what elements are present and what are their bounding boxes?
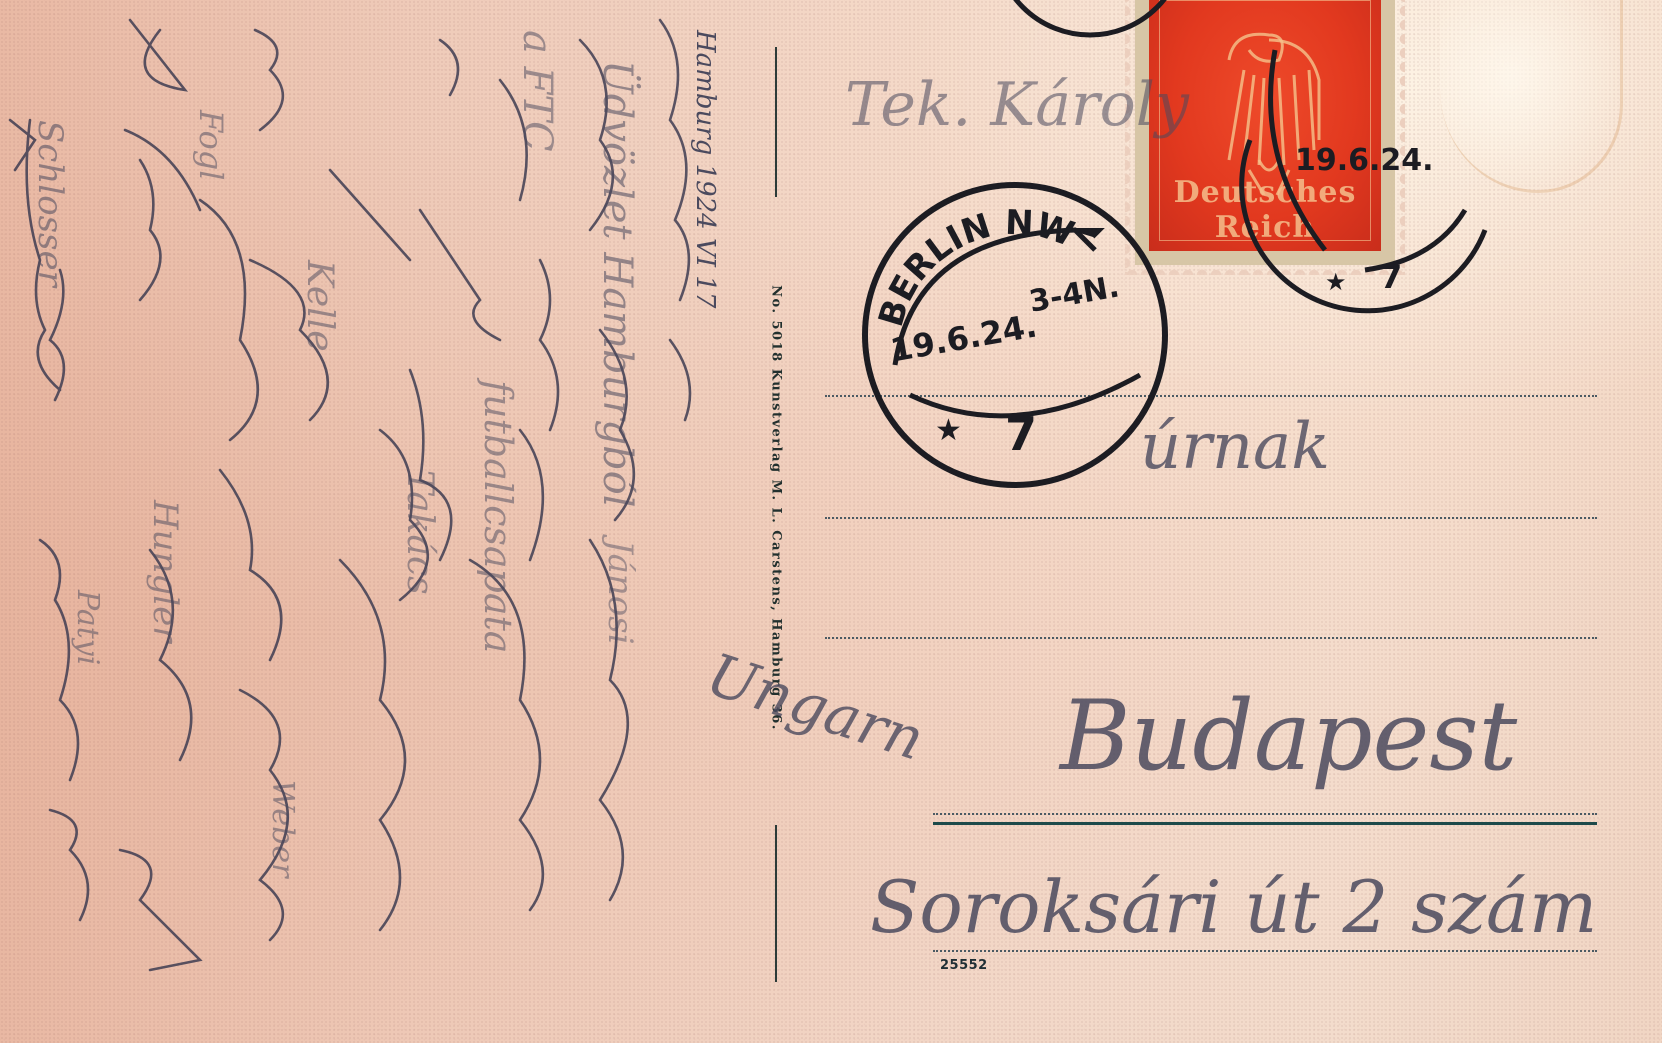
postmark-partial (980, 0, 1200, 40)
postmark-time: 3-4N. (1027, 269, 1122, 319)
divider-line-top (775, 47, 777, 197)
address-line-2: úrnak (1140, 410, 1330, 484)
signature: Hungler (145, 500, 185, 642)
address-honorific: Tek. Károly (845, 70, 1189, 140)
message-line: Üdvözlet Hamburgból (594, 60, 640, 508)
signature: Kelle (299, 260, 340, 352)
signature: Patyi (70, 590, 105, 665)
address-dotted-line (825, 637, 1597, 639)
address-street: Soroksári út 2 szám (870, 865, 1597, 949)
signature: Jánosi (600, 540, 640, 645)
handwritten-message-strokes (0, 0, 760, 1043)
postmark-office: 7 (1380, 258, 1402, 296)
message-place-date: Hamburg 1924 VI 17 (690, 30, 720, 308)
message-line: a FTC (514, 30, 560, 152)
signature: Takács (399, 470, 440, 595)
postmark-star: ★ (1325, 268, 1347, 296)
postmark-berlin: BERLIN NW 19.6.24. 3-4N. ★ 7 (855, 175, 1175, 495)
address-dotted-line (933, 813, 1597, 815)
divider-line-bottom (775, 825, 777, 982)
address-solid-line (933, 822, 1597, 825)
signature: Weber (265, 780, 300, 877)
message-line: futballcsapata (476, 380, 520, 653)
address-city: Budapest (1060, 680, 1517, 792)
address-dotted-line (825, 517, 1597, 519)
address-dotted-line (933, 950, 1597, 952)
signature: Schlosser (30, 120, 70, 287)
postmark-office: 7 (1005, 407, 1037, 461)
postmark-date: 19.6.24. (1295, 143, 1434, 178)
signature: Fogl (192, 110, 230, 180)
postmark-star: ★ (935, 413, 962, 448)
plate-number: 25552 (940, 958, 988, 973)
postmark-second: 19.6.24. ★ 7 (1215, 20, 1515, 320)
